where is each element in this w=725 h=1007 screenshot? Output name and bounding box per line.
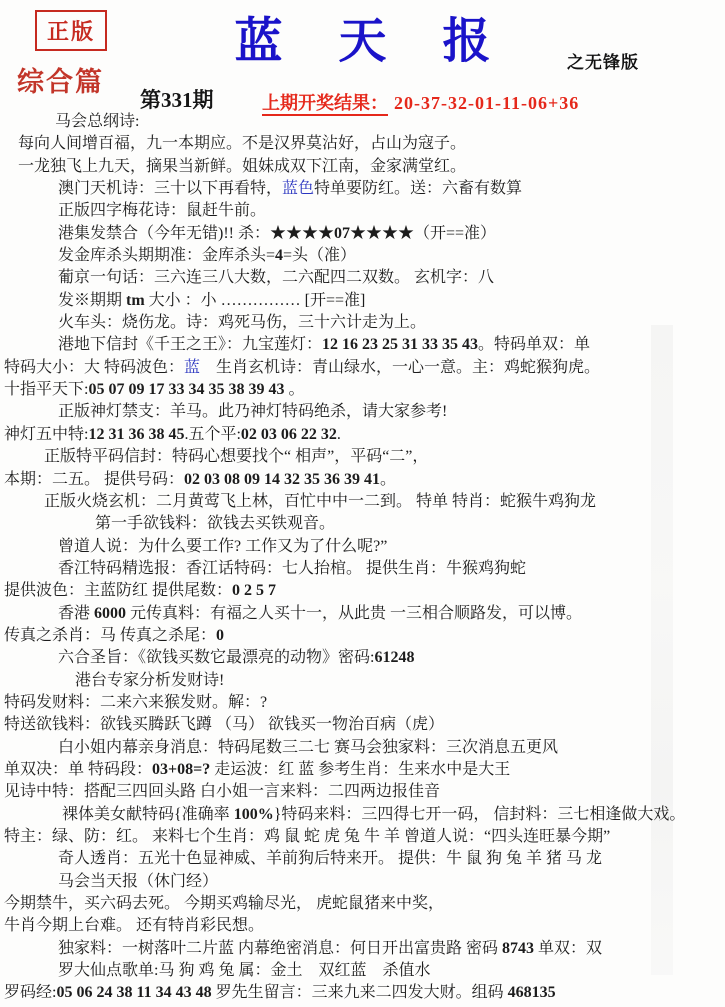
text-segment: .	[337, 426, 341, 443]
text-line: 第一手欲钱料：欲钱去买铁观音。	[0, 513, 715, 535]
body-text: 马会总纲诗:每向人间增百福，九一本期应。不是汉界莫沾好，占山为寇子。一龙独飞上九…	[0, 111, 715, 1005]
text-segment: 大小 ：小 …………… [开==准]	[145, 292, 366, 309]
text-line: 传真之杀肖：马 传真之杀尾：0	[0, 625, 715, 647]
text-line: 正版四字梅花诗：鼠赶牛前。	[0, 200, 715, 222]
text-line: 单双决：单 特码段：03+08=? 走运波：红 蓝 参考生肖：生来水中是大王	[0, 759, 715, 781]
text-segment: 正版特平码信封：特码心想要找个“ 相声”，平码“二”，	[44, 448, 428, 465]
text-segment: 61248	[374, 649, 414, 666]
text-segment: 蓝	[184, 359, 200, 376]
newspaper-page: 正版 蓝 天 报 之无锋版 综合篇 第331期 上期开奖结果：20-37-32-…	[0, 0, 725, 1007]
text-line: 奇人透肖：五光十色显神威、羊前狗后特来开。 提供：牛 鼠 狗 兔 羊 猪 马 龙	[0, 848, 715, 870]
text-segment: 港台专家分析发财诗!	[75, 672, 224, 689]
text-segment: 正版神灯禁支：羊马。此乃神灯特码绝杀，请大家参考!	[58, 403, 447, 420]
text-segment: 100%	[234, 806, 274, 823]
text-line: 香港 6000 元传真料：有福之人买十一，从此贵 一三相合顺路发，可以博。	[0, 603, 715, 625]
text-segment: 05 06 24 38 11 34 43 48	[56, 984, 211, 1001]
text-line: 港台专家分析发财诗!	[0, 670, 715, 692]
text-segment: 走运波：红 蓝 参考生肖：生来水中是大王	[210, 761, 510, 778]
text-segment: 香港	[58, 605, 94, 622]
text-line: 每向人间增百福，九一本期应。不是汉界莫沾好，占山为寇子。	[0, 133, 715, 155]
text-segment: 12 31 36 38 45	[88, 426, 184, 443]
text-segment: tm	[126, 292, 145, 309]
text-line: 罗码经:05 06 24 38 11 34 43 48 罗先生留言：三来九来二四…	[0, 982, 715, 1004]
text-segment: 提供波色：主蓝防红 提供尾数：	[4, 582, 232, 599]
text-line: 特主：绿、防：红。 来料七个生肖：鸡 鼠 蛇 虎 兔 牛 羊 曾道人说：“四头连…	[0, 826, 715, 848]
text-segment: 12 16 23 25 31 33 35 43	[322, 336, 478, 353]
text-segment: 03+08=?	[152, 761, 210, 778]
text-segment: 葡京一句话：三六连三八大数，二六配四二双数。 玄机字：八	[58, 269, 494, 286]
text-segment: 罗码经:	[4, 984, 56, 1001]
text-segment: 曾道人说：为什么要工作? 工作又为了什么呢?”	[58, 538, 387, 555]
text-segment: 罗先生留言：三来九来二四发大财。组码	[212, 984, 508, 1001]
text-segment: 每向人间增百福，九一本期应。不是汉界莫沾好，占山为寇子。	[18, 135, 466, 152]
text-segment: 今期禁牛，买六码去死。 今期买鸡输尽光， 虎蛇鼠猪来中奖，	[4, 895, 444, 912]
text-segment: .五个平:	[184, 426, 240, 443]
text-segment: 特送欲钱料：欲钱买腾跃飞蹲 （马） 欲钱买一物治百病（虎）	[4, 716, 444, 733]
text-line: 罗大仙点歌单:马 狗 鸡 兔 属：金土 双红蓝 杀值水	[0, 960, 715, 982]
text-segment: ★★★★（开==准）	[350, 225, 496, 242]
text-line: 特送欲钱料：欲钱买腾跃飞蹲 （马） 欲钱买一物治百病（虎）	[0, 714, 715, 736]
text-segment: 特单要防红。送：六畜有数算	[314, 180, 522, 197]
text-segment: 第一手欲钱料：欲钱去买铁观音。	[95, 515, 335, 532]
text-segment: 特码大小：大 特码波色：	[4, 359, 184, 376]
text-line: 发金库杀头期期准：金库杀头=4=头（准）	[0, 245, 715, 267]
text-segment: }特码来料：三四得七开一码， 信封料：三七相逢做大戏。	[274, 806, 686, 823]
text-segment: 07	[334, 225, 350, 242]
text-segment: 4	[275, 247, 283, 264]
text-line: 十指平天下:05 07 09 17 33 34 35 38 39 43 。	[0, 379, 715, 401]
text-segment: 468135	[508, 984, 556, 1001]
text-line: 神灯五中特:12 31 36 38 45.五个平:02 03 06 22 32.	[0, 424, 715, 446]
text-line: 见诗中特：搭配三四回头路 白小姐一言来料：二四两边报佳音	[0, 781, 715, 803]
text-segment: 罗大仙点歌单:马 狗 鸡 兔 属：金土 双红蓝 杀值水	[58, 962, 430, 979]
text-line: 正版火烧玄机：二月黄莺飞上林，百忙中中一二到。 特单 特肖：蛇猴牛鸡狗龙	[0, 491, 715, 513]
text-segment: 8743	[502, 940, 534, 957]
text-segment: 单双：双	[534, 940, 602, 957]
text-line: 澳门天机诗：三十以下再看特，蓝色特单要防红。送：六畜有数算	[0, 178, 715, 200]
text-line: 香江特码精选报：香江话特码：七人抬棺。 提供生肖：牛猴鸡狗蛇	[0, 558, 715, 580]
text-segment: 蓝色	[282, 180, 314, 197]
text-segment: 特码发财料：二来六来猴发财。解：?	[4, 694, 267, 711]
text-segment: 香江特码精选报：香江话特码：七人抬棺。 提供生肖：牛猴鸡狗蛇	[58, 560, 526, 577]
text-segment: 传真之杀肖：马 传真之杀尾：	[4, 627, 216, 644]
text-segment: 。特码单双：单	[478, 336, 590, 353]
text-line: 马会总纲诗:	[0, 111, 715, 133]
text-segment: 生肖玄机诗：青山绿水，一心一意。主：鸡蛇猴狗虎。	[200, 359, 600, 376]
text-segment: 白小姐内幕亲身消息：特码尾数三二七 赛马会独家料：三次消息五更风	[58, 739, 558, 756]
text-segment: 。	[284, 381, 304, 398]
text-segment: 6000	[94, 605, 126, 622]
text-segment: 港地下信封《千王之王》：九宝莲灯：	[58, 336, 322, 353]
text-line: 提供波色：主蓝防红 提供尾数：0 2 5 7	[0, 580, 715, 602]
text-segment: 本期：二五。 提供号码：	[4, 471, 184, 488]
text-line: 特码大小：大 特码波色：蓝 生肖玄机诗：青山绿水，一心一意。主：鸡蛇猴狗虎。	[0, 357, 715, 379]
text-segment: 正版火烧玄机：二月黄莺飞上林，百忙中中一二到。 特单 特肖：蛇猴牛鸡狗龙	[44, 493, 596, 510]
text-segment: 港集发禁合（今年无错)!! 杀：★★★★	[58, 225, 334, 242]
text-segment: 元传真料：有福之人买十一，从此贵 一三相合顺路发，可以博。	[126, 605, 582, 622]
text-line: 曾道人说：为什么要工作? 工作又为了什么呢?”	[0, 536, 715, 558]
text-segment: =头（准）	[283, 247, 356, 264]
text-segment: 发※期期	[58, 292, 126, 309]
text-segment: 单双决：单 特码段：	[4, 761, 152, 778]
text-segment: 02 03 08 09 14 32 35 36 39 41	[184, 471, 380, 488]
text-segment: 02 03 06 22 32	[241, 426, 337, 443]
text-segment: 05 07 09 17 33 34 35 38 39 43	[88, 381, 284, 398]
text-line: 六合圣旨：《欲钱买数它最漂亮的动物》密码:61248	[0, 647, 715, 669]
text-line: 火车头：烧伤龙。诗：鸡死马伤，三十六计走为上。	[0, 312, 715, 334]
text-line: 一龙独飞上九天，摘果当新鲜。姐妹成双下江南，金家满堂红。	[0, 156, 715, 178]
last-draw-numbers: 20-37-32-01-11-06+36	[394, 93, 579, 113]
text-line: 裸体美女献特码{准确率 100%}特码来料：三四得七开一码， 信封料：三七相逢做…	[0, 804, 715, 826]
text-segment: 牛肖今期上台难。 还有特肖彩民想。	[4, 917, 264, 934]
text-segment: 。	[380, 471, 396, 488]
section-title: 综合篇	[17, 60, 104, 99]
text-line: 白小姐内幕亲身消息：特码尾数三二七 赛马会独家料：三次消息五更风	[0, 737, 715, 759]
text-segment: 特主：绿、防：红。 来料七个生肖：鸡 鼠 蛇 虎 兔 牛 羊 曾道人说：“四头连…	[4, 828, 610, 845]
text-line: 港地下信封《千王之王》：九宝莲灯：12 16 23 25 31 33 35 43…	[0, 334, 715, 356]
text-segment: 火车头：烧伤龙。诗：鸡死马伤，三十六计走为上。	[58, 314, 426, 331]
text-line: 葡京一句话：三六连三八大数，二六配四二双数。 玄机字：八	[0, 267, 715, 289]
text-segment: 0 2 5 7	[232, 582, 276, 599]
text-line: 牛肖今期上台难。 还有特肖彩民想。	[0, 915, 715, 937]
text-segment: 裸体美女献特码{准确率	[62, 806, 234, 823]
text-segment: 马会总纲诗:	[55, 113, 139, 130]
issue-number: 第331期	[140, 84, 214, 114]
text-line: 港集发禁合（今年无错)!! 杀：★★★★07★★★★（开==准）	[0, 223, 715, 245]
text-segment: 见诗中特：搭配三四回头路 白小姐一言来料：二四两边报佳音	[4, 783, 440, 800]
text-line: 正版神灯禁支：羊马。此乃神灯特码绝杀，请大家参考!	[0, 401, 715, 423]
text-segment: 马会当天报（休门经）	[58, 873, 218, 890]
text-segment: 奇人透肖：五光十色显神威、羊前狗后特来开。 提供：牛 鼠 狗 兔 羊 猪 马 龙	[58, 850, 602, 867]
text-segment: 澳门天机诗：三十以下再看特，	[58, 180, 282, 197]
text-line: 独家料：一树落叶二片蓝 内幕绝密消息：何日开出富贵路 密码 8743 单双：双	[0, 938, 715, 960]
text-line: 本期：二五。 提供号码：02 03 08 09 14 32 35 36 39 4…	[0, 469, 715, 491]
text-line: 特码发财料：二来六来猴发财。解：?	[0, 692, 715, 714]
text-line: 今期禁牛，买六码去死。 今期买鸡输尽光， 虎蛇鼠猪来中奖，	[0, 893, 715, 915]
page-subtitle: 之无锋版	[567, 48, 639, 73]
text-line: 马会当天报（休门经）	[0, 871, 715, 893]
text-segment: 十指平天下:	[4, 381, 88, 398]
text-line: 正版特平码信封：特码心想要找个“ 相声”，平码“二”，	[0, 446, 715, 468]
text-segment: 六合圣旨：《欲钱买数它最漂亮的动物》密码:	[58, 649, 374, 666]
text-line: 发※期期 tm 大小 ：小 …………… [开==准]	[0, 290, 715, 312]
text-segment: 0	[216, 627, 224, 644]
text-segment: 发金库杀头期期准：金库杀头=	[58, 247, 275, 264]
text-segment: 独家料：一树落叶二片蓝 内幕绝密消息：何日开出富贵路 密码	[58, 940, 502, 957]
text-segment: 神灯五中特:	[4, 426, 88, 443]
text-segment: 正版四字梅花诗：鼠赶牛前。	[58, 202, 266, 219]
text-segment: 一龙独飞上九天，摘果当新鲜。姐妹成双下江南，金家满堂红。	[18, 158, 466, 175]
